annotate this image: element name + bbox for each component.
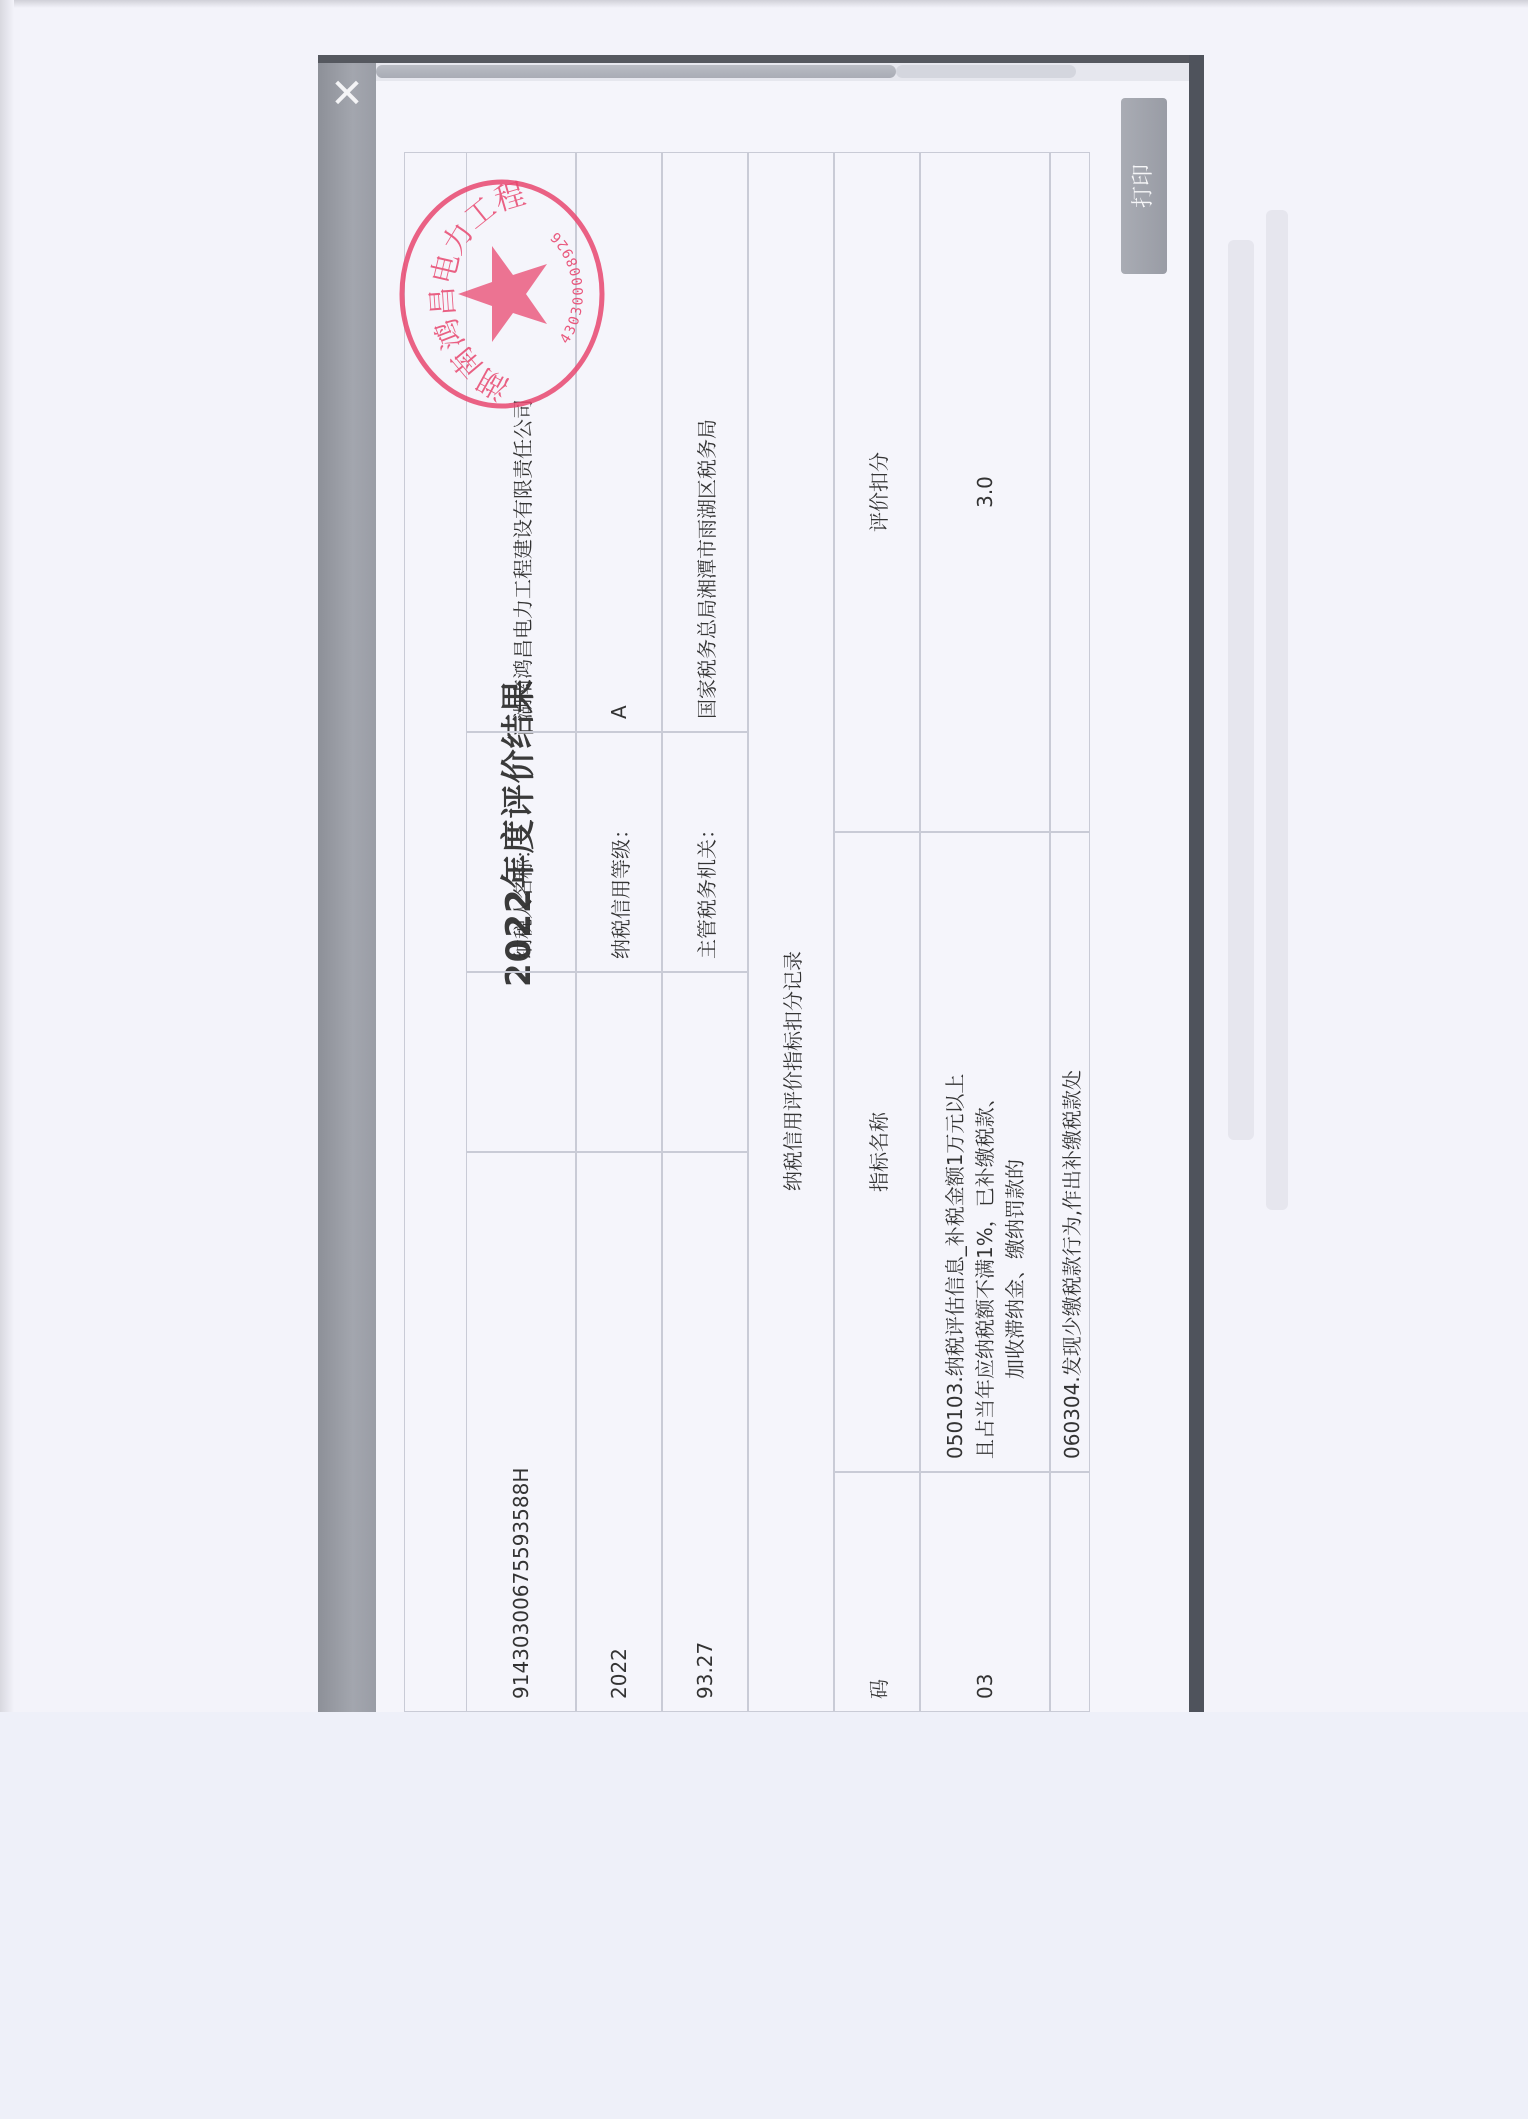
row-name-line: 加收滞纳金、缴纳罚款的 bbox=[1000, 1159, 1030, 1459]
title-row bbox=[404, 152, 466, 1712]
scan-edge bbox=[0, 0, 14, 1712]
row-score-cell bbox=[1050, 152, 1090, 832]
col-header-score-label: 评价扣分 bbox=[863, 452, 892, 532]
deductions-section-title: 纳税信用评价指标扣分记录 bbox=[748, 152, 834, 1712]
cell-spacer bbox=[576, 972, 662, 1152]
ghost-text-line bbox=[1228, 240, 1254, 1140]
scanned-page: ✕ 打印 2022年度评价结果 91430300675593588H纳税人名称：… bbox=[0, 0, 1528, 1712]
modal-border bbox=[318, 55, 1204, 63]
row-code-partial: 03 bbox=[973, 1674, 997, 1699]
cell-score-value: 93.27 bbox=[662, 1152, 748, 1712]
modal-border bbox=[1189, 55, 1204, 1712]
cell-spacer bbox=[662, 972, 748, 1152]
cell-spacer bbox=[466, 972, 576, 1152]
cell-authority-value: 国家税务总局湘潭市雨湖区税务局 bbox=[662, 152, 748, 732]
cell-name-label: 纳税人名称： bbox=[466, 732, 576, 972]
tax-authority-value: 国家税务总局湘潭市雨湖区税务局 bbox=[691, 419, 720, 719]
rotated-content: 打印 2022年度评价结果 91430300675593588H纳税人名称：湖南… bbox=[376, 63, 1189, 1712]
row-name-cell: 050103.纳税评估信息_补税金额1万元以上且占当年应纳税额不满1%，已补缴税… bbox=[920, 832, 1050, 1472]
cell-authority-label: 主管税务机关： bbox=[662, 732, 748, 972]
print-button[interactable]: 打印 bbox=[1121, 98, 1167, 274]
cell-name-value: 湖南鸿昌电力工程建设有限责任公司 bbox=[466, 152, 576, 732]
eval-score-value: 93.27 bbox=[693, 1642, 717, 1699]
taxpayer-id-value: 91430300675593588H bbox=[509, 1468, 533, 1699]
row-name-line: 050103.纳税评估信息_补税金额1万元以上 bbox=[940, 1074, 970, 1459]
modal-header-bar: ✕ bbox=[318, 63, 376, 1712]
close-icon[interactable]: ✕ bbox=[328, 75, 366, 113]
tax-authority-label: 主管税务机关： bbox=[691, 819, 720, 959]
col-header-score: 评价扣分 bbox=[834, 152, 920, 832]
row-code-cell: 03 bbox=[920, 1472, 1050, 1712]
row-score-value: 3.0 bbox=[973, 476, 997, 508]
credit-grade-value: A bbox=[607, 705, 631, 719]
taxpayer-name-label: 纳税人名称： bbox=[507, 839, 536, 959]
cell-id-value: 91430300675593588H bbox=[466, 1152, 576, 1712]
row-name-line: 060304.发现少缴税款行为,作出补缴税款处 bbox=[1056, 1070, 1085, 1459]
col-header-code-partial: 码 bbox=[863, 1679, 892, 1699]
cell-grade-value: A bbox=[576, 152, 662, 732]
col-header-name-label: 指标名称 bbox=[863, 1112, 892, 1192]
col-header-name: 指标名称 bbox=[834, 832, 920, 1472]
credit-grade-label: 纳税信用等级： bbox=[605, 819, 634, 959]
cell-grade-label: 纳税信用等级： bbox=[576, 732, 662, 972]
row-score-cell: 3.0 bbox=[920, 152, 1050, 832]
deductions-title: 纳税信用评价指标扣分记录 bbox=[777, 951, 806, 1191]
row-name-cell: 060304.发现少缴税款行为,作出补缴税款处 bbox=[1050, 832, 1090, 1472]
eval-year-value: 2022 bbox=[607, 1648, 631, 1699]
cell-year-value: 2022 bbox=[576, 1152, 662, 1712]
row-code-cell bbox=[1050, 1472, 1090, 1712]
scan-edge bbox=[0, 0, 1528, 8]
taxpayer-name-value: 湖南鸿昌电力工程建设有限责任公司 bbox=[507, 399, 536, 719]
modal-body: 打印 2022年度评价结果 91430300675593588H纳税人名称：湖南… bbox=[376, 63, 1189, 1712]
ghost-text-line bbox=[1266, 210, 1288, 1210]
col-header-code: 码 bbox=[834, 1472, 920, 1712]
evaluation-modal: ✕ 打印 2022年度评价结果 91430300675593588H纳税人名称：… bbox=[318, 55, 1204, 1712]
row-name-line: 且占当年应纳税额不满1%，已补缴税款、 bbox=[970, 1087, 1000, 1459]
